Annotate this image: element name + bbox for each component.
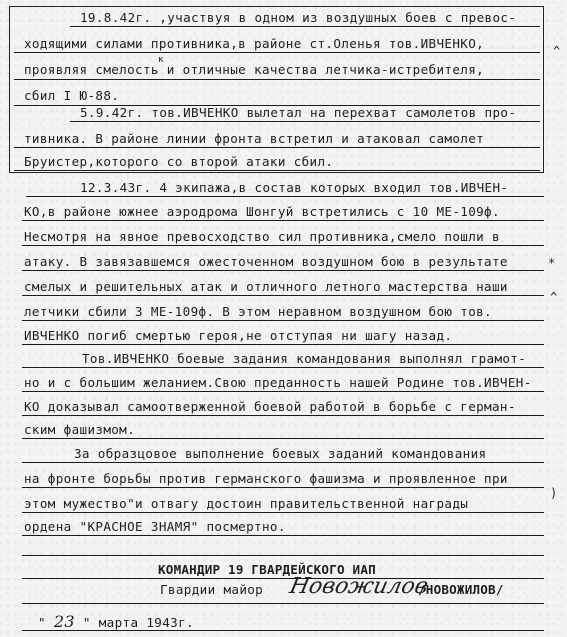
underline [22,367,544,368]
p3-line-4: атаку. В завязавшемся ожесточенном возду… [24,252,508,278]
underline [22,603,544,604]
p4-line-4: ским фашизмом. [24,420,135,446]
underline [14,170,540,171]
p4-line-2: но и с большим желанием.Свою преданность… [24,373,532,399]
p5-line-1: За образцовое выполнение боевых заданий … [74,444,486,470]
date-month-year: марта 1943г. [99,615,194,630]
p2-line-3: Бруистер,которого со второй атаки сбил. [24,152,333,178]
p1-line-3: проявляя смелость и отличные качества ле… [24,60,484,86]
p2-line-1: 5.9.42г. тов.ИВЧЕНКО вылетал на перехват… [80,103,516,129]
margin-tick-mark: * [548,256,555,270]
underline [22,295,544,296]
underline [14,79,540,80]
p1-line-2: ходящими силами противника,в районе ст.О… [24,34,484,60]
underline [22,462,544,463]
margin-tick-mark: ^ [553,44,560,58]
underline [22,512,544,513]
handwritten-signature: Новожилов [287,574,430,599]
underline [22,438,544,439]
underline [22,578,544,579]
document-page: 19.8.42г. ,участвуя в одном из воздушных… [0,0,567,637]
underline [14,147,540,148]
p3-line-1: 12.3.43г. 4 экипажа,в состав которых вхо… [80,178,508,204]
underline [22,344,544,345]
underline [70,26,540,27]
p3-line-5: смелых и решительных атак и отличного ле… [24,277,508,303]
p5-line-4: ордена "КРАСНОЕ ЗНАМЯ" посмертно. [24,517,286,543]
underline [22,270,544,271]
p4-line-1: Тов.ИВЧЕНКО боевые задания командования … [82,349,526,375]
underline [22,630,544,631]
date-day: 23 [54,612,75,631]
underline [26,196,544,197]
underline [22,487,544,488]
underline [14,52,540,53]
underline [22,220,544,221]
date-close-quote: " [83,615,91,630]
margin-tick-mark: ) [550,486,557,500]
margin-tick-mark: ^ [550,290,557,304]
p5-line-2: на фронте борьбы против германского фаши… [24,469,508,495]
date-line: " 23 " марта 1943г. [38,612,194,637]
underline [22,415,544,416]
p3-line-3: Несмотря на явное превосходство сил прот… [24,227,500,253]
underline [22,245,544,246]
underline [22,535,544,536]
p3-line-6: летчики сбили 3 МЕ-109ф. В этом неравном… [24,302,492,328]
date-open-quote: " [38,615,46,630]
underline [22,320,544,321]
p1-line-1: 19.8.42г. ,участвуя в одном из воздушных… [80,8,516,34]
underline [22,391,544,392]
underline [70,121,540,122]
p3-line-2: КО,в районе южнее аэродрома Шонгуй встре… [24,202,500,228]
underline [22,555,544,556]
